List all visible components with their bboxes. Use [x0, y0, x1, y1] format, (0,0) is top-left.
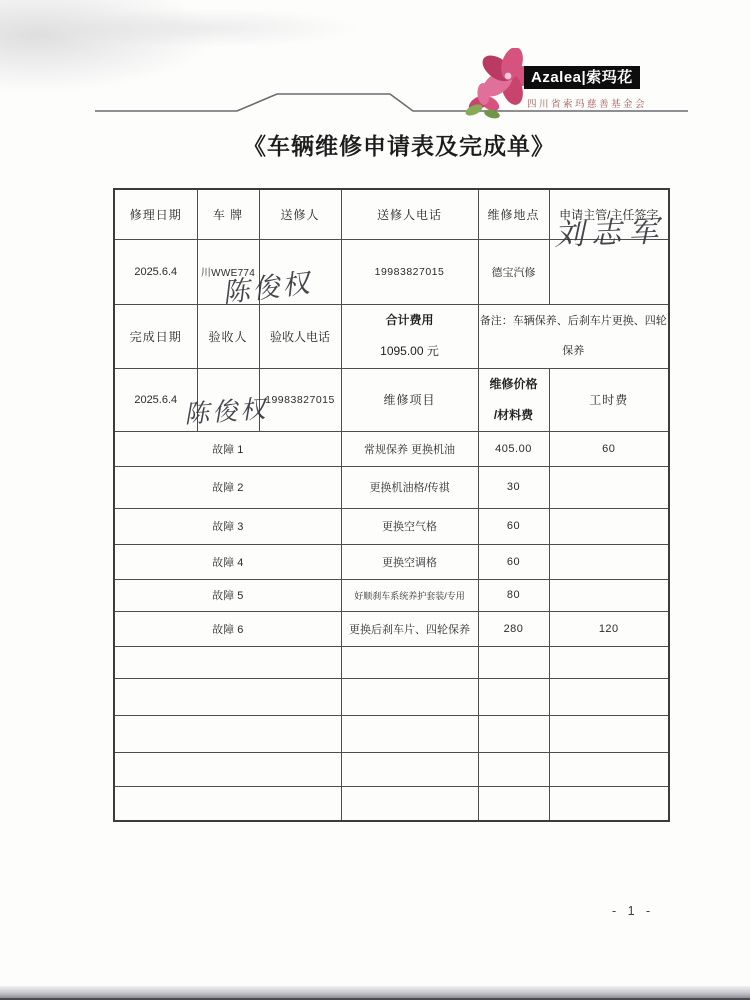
header-price-line1: 维修价格 [479, 369, 549, 400]
brand-subtitle: 四川省索玛慈善基金会 [527, 96, 647, 110]
empty-cell [549, 646, 669, 678]
header-labor-fee: 工时费 [549, 368, 669, 431]
fault-price: 60 [478, 544, 549, 579]
fault-item: 常规保养 更换机油 [341, 431, 478, 466]
fault-item: 好顺刹车系统养护套装/专用 [341, 579, 478, 611]
empty-row-5 [114, 786, 669, 821]
fault-item: 更换后刹车片、四轮保养 [341, 611, 478, 646]
fault-label: 故障 3 [114, 508, 341, 544]
fault-labor [549, 544, 669, 579]
fault-item: 更换机油格/传祺 [341, 466, 478, 508]
empty-row-2 [114, 678, 669, 715]
empty-cell [478, 752, 549, 786]
acceptor-handwritten-signature: 陈俊权 [183, 389, 269, 431]
empty-row-3 [114, 715, 669, 752]
header-sender-phone: 送修人电话 [341, 189, 478, 239]
fault-row-1: 故障 1 常规保养 更换机油 405.00 60 [114, 431, 669, 466]
empty-cell [341, 786, 478, 821]
completion-header-row: 完成日期 验收人 验收人电话 合计费用 1095.00 元 备注：车辆保养、后刹… [114, 304, 669, 368]
header-price-cell: 维修价格 /材料费 [478, 368, 549, 431]
empty-cell [549, 786, 669, 821]
fault-row-5: 故障 5 好顺刹车系统养护套装/专用 80 [114, 579, 669, 611]
fault-price: 60 [478, 508, 549, 544]
header-acceptor: 验收人 [197, 304, 259, 368]
location-value: 德宝汽修 [478, 239, 549, 304]
fault-price: 405.00 [478, 431, 549, 466]
empty-cell [549, 752, 669, 786]
empty-cell [114, 715, 341, 752]
empty-cell [478, 678, 549, 715]
empty-row-1 [114, 646, 669, 678]
supervisor-handwritten-signature: 刘志军 [553, 206, 665, 254]
page-number: - 1 - [612, 904, 654, 918]
header-complete-date: 完成日期 [114, 304, 197, 368]
fault-row-2: 故障 2 更换机油格/传祺 30 [114, 466, 669, 508]
empty-cell [341, 715, 478, 752]
empty-cell [549, 678, 669, 715]
remark-cell: 备注：车辆保养、后刹车片更换、四轮保养 [478, 304, 669, 368]
header-sender: 送修人 [259, 189, 341, 239]
total-cost-cell: 合计费用 1095.00 元 [341, 304, 478, 368]
empty-cell [114, 786, 341, 821]
header-acceptor-phone: 验收人电话 [259, 304, 341, 368]
fault-labor [549, 508, 669, 544]
header-location: 维修地点 [478, 189, 549, 239]
empty-cell [478, 646, 549, 678]
empty-cell [341, 678, 478, 715]
empty-cell [114, 678, 341, 715]
fault-price: 30 [478, 466, 549, 508]
fault-row-4: 故障 4 更换空调格 60 [114, 544, 669, 579]
empty-cell [114, 646, 341, 678]
fault-item: 更换空气格 [341, 508, 478, 544]
empty-cell [114, 752, 341, 786]
empty-cell [341, 752, 478, 786]
empty-cell [341, 646, 478, 678]
empty-row-4 [114, 752, 669, 786]
fault-labor [549, 466, 669, 508]
fault-labor: 120 [549, 611, 669, 646]
empty-cell [478, 786, 549, 821]
fault-item: 更换空调格 [341, 544, 478, 579]
fault-price: 80 [478, 579, 549, 611]
scanned-document-page: Azalea|索玛花 四川省索玛慈善基金会 《车辆维修申请表及完成单》 修理日期… [0, 0, 750, 1000]
header-price-line2: /材料费 [479, 400, 549, 431]
header-repair-item: 维修项目 [341, 368, 478, 431]
empty-cell [478, 715, 549, 752]
fault-label: 故障 4 [114, 544, 341, 579]
fault-label: 故障 6 [114, 611, 341, 646]
fault-label: 故障 5 [114, 579, 341, 611]
header-repair-date: 修理日期 [114, 189, 197, 239]
fault-labor [549, 579, 669, 611]
header-plate: 车 牌 [197, 189, 259, 239]
repair-form-table: 修理日期 车 牌 送修人 送修人电话 维修地点 申请主管/主任签字 2025.6… [113, 188, 670, 822]
fault-labor: 60 [549, 431, 669, 466]
fault-label: 故障 2 [114, 466, 341, 508]
fault-label: 故障 1 [114, 431, 341, 466]
repair-date-value: 2025.6.4 [114, 239, 197, 304]
fault-row-6: 故障 6 更换后刹车片、四轮保养 280 120 [114, 611, 669, 646]
scan-bottom-edge [0, 986, 750, 1000]
document-title: 《车辆维修申请表及完成单》 [0, 128, 750, 161]
acceptor-phone-value: 19983827015 [259, 368, 341, 431]
scan-smudge-top [60, 8, 360, 48]
fault-row-3: 故障 3 更换空气格 60 [114, 508, 669, 544]
brand-label: Azalea|索玛花 [524, 66, 640, 89]
total-cost-amount: 1095.00 元 [342, 336, 478, 367]
total-cost-label: 合计费用 [342, 305, 478, 336]
fault-price: 280 [478, 611, 549, 646]
sender-phone-value: 19983827015 [341, 239, 478, 304]
empty-cell [549, 715, 669, 752]
